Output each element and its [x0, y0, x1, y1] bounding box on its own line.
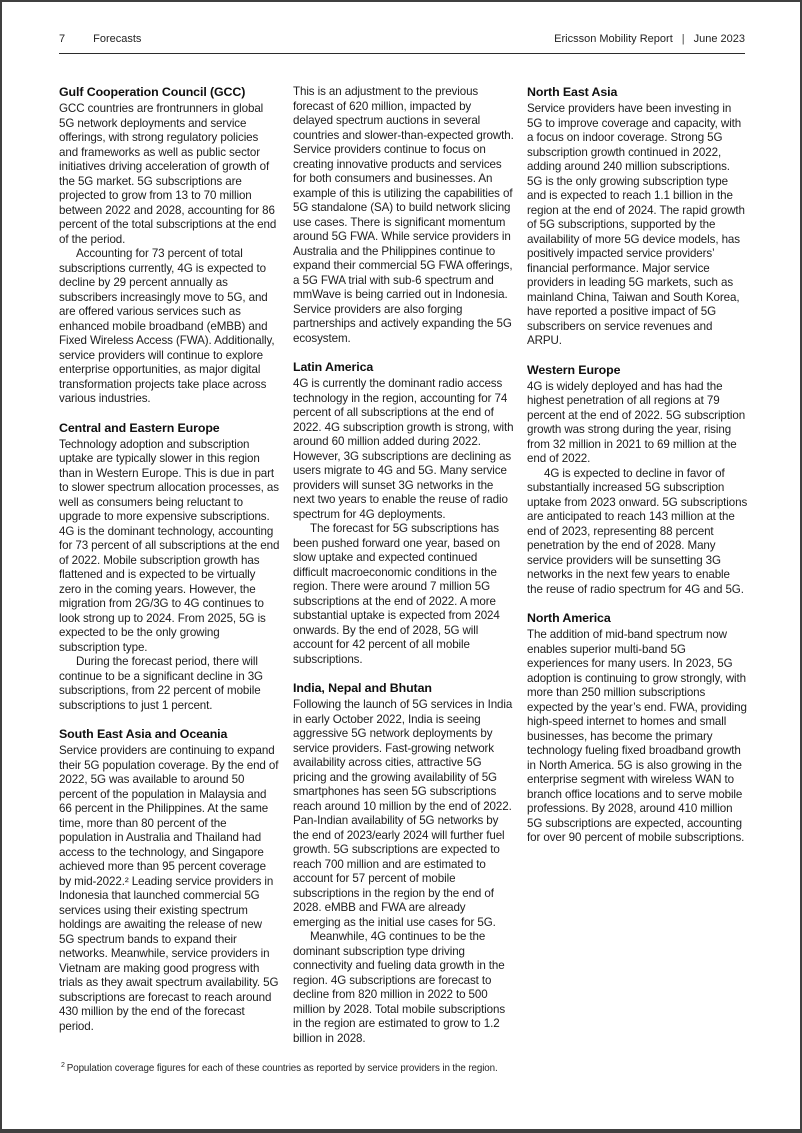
- column-2: This is an adjustment to the previous fo…: [293, 85, 514, 1046]
- paragraph: This is an adjustment to the previous fo…: [293, 85, 514, 346]
- section-heading: South East Asia and Oceania: [59, 727, 280, 742]
- paragraph: 4G is expected to decline in favor of su…: [527, 467, 748, 598]
- section-india-nepal-bhutan: India, Nepal and Bhutan Following the la…: [293, 681, 514, 1046]
- article-columns: Gulf Cooperation Council (GCC) GCC count…: [59, 85, 745, 1046]
- section-south-east-asia-continued: This is an adjustment to the previous fo…: [293, 85, 514, 346]
- page-header: 7 Forecasts Ericsson Mobility Report | J…: [59, 33, 745, 54]
- section-south-east-asia-oceania: South East Asia and Oceania Service prov…: [59, 727, 280, 1034]
- section-label: Forecasts: [93, 33, 141, 45]
- section-north-america: North America The addition of mid-band s…: [527, 611, 748, 846]
- footnote: 2Population coverage figures for each of…: [61, 1063, 498, 1075]
- section-western-europe: Western Europe 4G is widely deployed and…: [527, 363, 748, 598]
- section-heading: Gulf Cooperation Council (GCC): [59, 85, 280, 100]
- page-number: 7: [59, 33, 65, 45]
- section-latin-america: Latin America 4G is currently the domina…: [293, 360, 514, 667]
- section-central-eastern-europe: Central and Eastern Europe Technology ad…: [59, 421, 280, 714]
- section-heading: India, Nepal and Bhutan: [293, 681, 514, 696]
- column-3: North East Asia Service providers have b…: [527, 85, 748, 1046]
- header-right: Ericsson Mobility Report | June 2023: [554, 33, 745, 45]
- section-heading: North America: [527, 611, 748, 626]
- section-heading: Central and Eastern Europe: [59, 421, 280, 436]
- header-left: 7 Forecasts: [59, 33, 141, 45]
- report-page: 7 Forecasts Ericsson Mobility Report | J…: [0, 0, 802, 1133]
- paragraph: The forecast for 5G subscriptions has be…: [293, 522, 514, 667]
- section-heading: Western Europe: [527, 363, 748, 378]
- paragraph: Accounting for 73 percent of total subsc…: [59, 247, 280, 407]
- section-north-east-asia: North East Asia Service providers have b…: [527, 85, 748, 349]
- section-gcc: Gulf Cooperation Council (GCC) GCC count…: [59, 85, 280, 407]
- paragraph: GCC countries are frontrunners in global…: [59, 102, 280, 247]
- section-heading: North East Asia: [527, 85, 748, 100]
- paragraph: 4G is widely deployed and has had the hi…: [527, 380, 748, 467]
- issue-date: June 2023: [694, 33, 745, 45]
- paragraph: Meanwhile, 4G continues to be the domina…: [293, 930, 514, 1046]
- paragraph: The addition of mid-band spectrum now en…: [527, 628, 748, 846]
- paragraph: Service providers are continuing to expa…: [59, 744, 280, 1034]
- report-title: Ericsson Mobility Report: [554, 33, 673, 45]
- column-1: Gulf Cooperation Council (GCC) GCC count…: [59, 85, 280, 1046]
- paragraph: Service providers have been investing in…: [527, 102, 748, 349]
- paragraph: Technology adoption and subscription upt…: [59, 438, 280, 656]
- header-separator: |: [682, 33, 685, 45]
- section-heading: Latin America: [293, 360, 514, 375]
- paragraph: During the forecast period, there will c…: [59, 655, 280, 713]
- footnote-marker: 2: [61, 1062, 65, 1069]
- paragraph: 4G is currently the dominant radio acces…: [293, 377, 514, 522]
- footnote-text: Population coverage figures for each of …: [67, 1063, 498, 1074]
- paragraph: Following the launch of 5G services in I…: [293, 698, 514, 930]
